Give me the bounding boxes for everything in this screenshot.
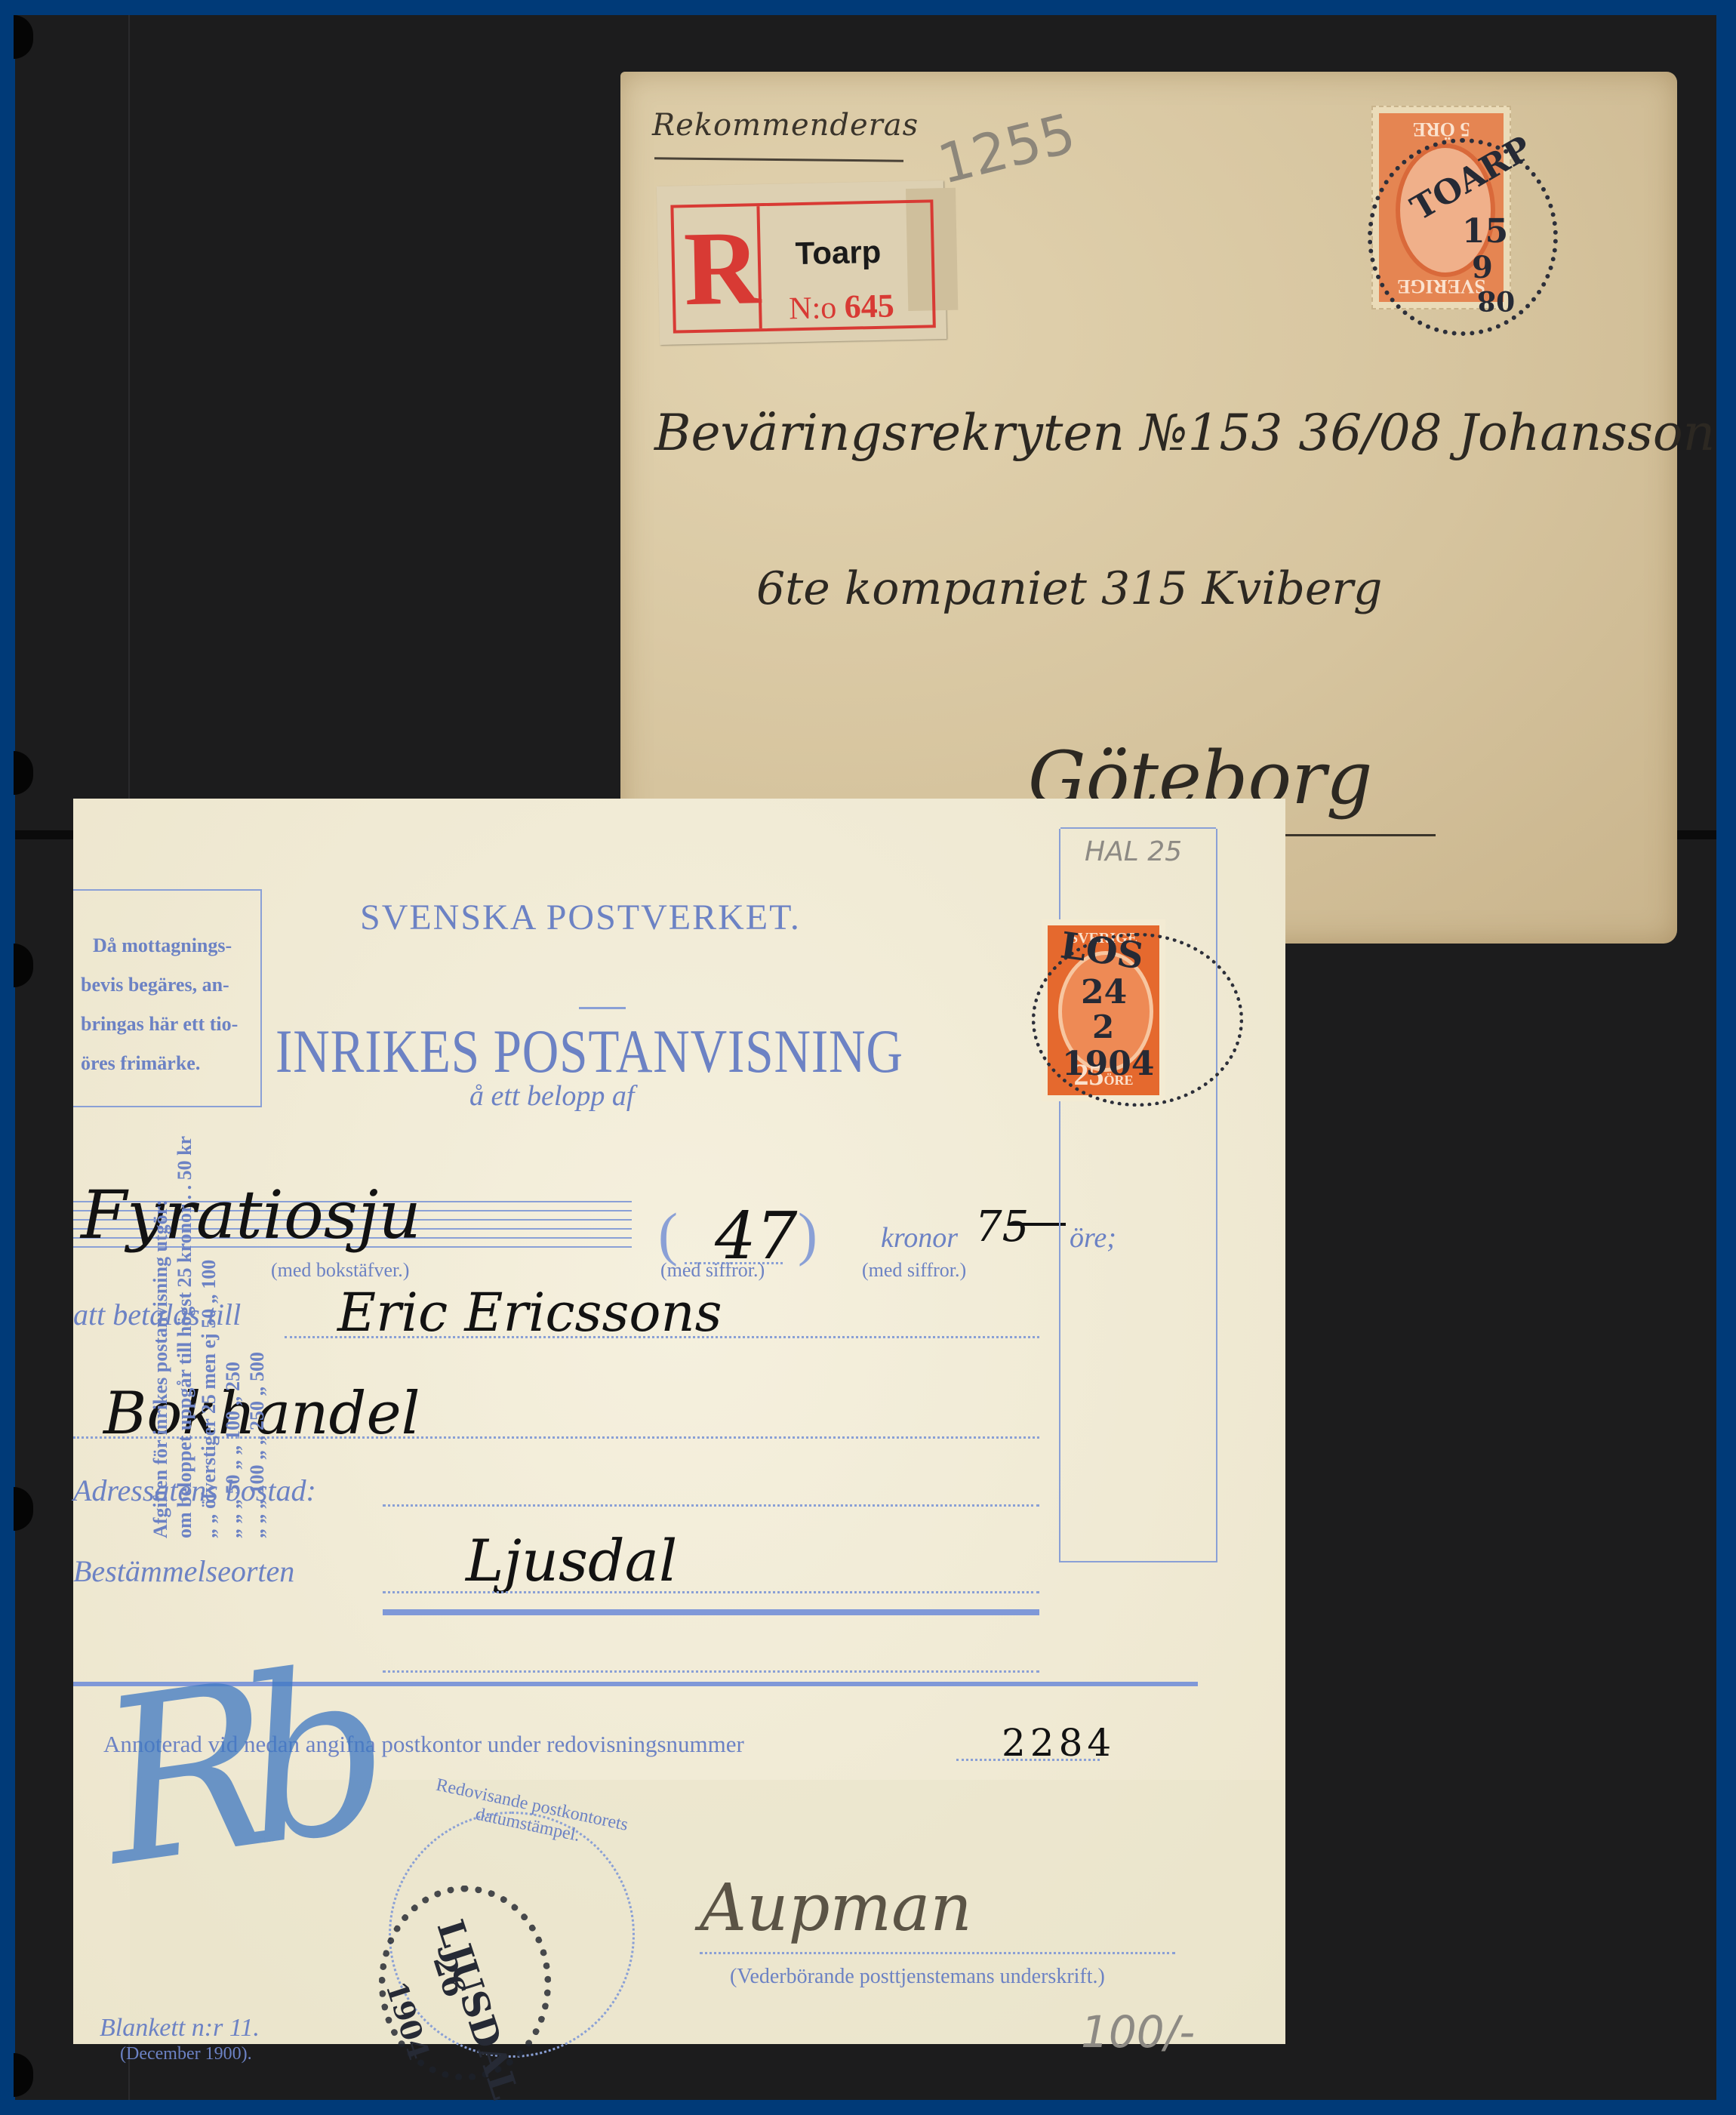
form-date: (December 1900). — [120, 2044, 252, 2064]
form-number: Blankett n:r 11. — [100, 2014, 260, 2043]
address-line-2: 6te kompaniet 315 Kviberg — [756, 562, 1382, 615]
form-title: INRIKES POSTANVISNING — [275, 1016, 903, 1087]
punch-hole — [14, 1487, 33, 1531]
punch-hole — [14, 751, 33, 795]
punch-hole — [14, 15, 33, 59]
blue-crayon-mark: Rb — [86, 1620, 375, 1916]
registration-number: N:o 645 — [789, 286, 895, 327]
address-line-1: Beväringsrekryten №153 36/08 Johansson — [654, 404, 1715, 462]
registration-office: Toarp — [795, 234, 882, 272]
punch-hole — [14, 944, 33, 987]
fee-table: Afgiften för inrikes postanvisning utgör… — [149, 814, 269, 1538]
publisher-heading: SVENSKA POSTVERKET. — [360, 897, 801, 938]
accounting-number: 2284 — [1002, 1721, 1116, 1765]
clerk-signature: Aupman — [700, 1870, 972, 1946]
amount-intro: å ett belopp af — [469, 1079, 634, 1113]
signature-hint: (Vederbörande posttjenstemans underskrif… — [730, 1965, 1105, 1989]
amount-words-hint: (med bokstäfver.) — [271, 1259, 409, 1282]
price-note: 100/- — [1081, 2006, 1195, 2058]
registration-note: Rekommenderas — [652, 108, 919, 143]
punch-hole — [14, 2053, 33, 2097]
registration-label-frame: R Toarp N:o 645 — [670, 199, 935, 333]
destination-value[interactable]: Ljusdal — [466, 1527, 677, 1594]
pencil-number: 1255 — [932, 101, 1082, 196]
underline — [654, 157, 903, 162]
kronor-hint: (med siffror.) — [660, 1259, 765, 1282]
registration-r-letter: R — [683, 215, 762, 322]
kronor-label: kronor — [881, 1221, 958, 1255]
amount-ore[interactable]: 75 — [975, 1202, 1029, 1251]
stamp-denomination: 5 ÖRE — [1379, 118, 1504, 140]
payee-line-1[interactable]: Eric Ericssons — [337, 1282, 722, 1344]
destination-label: Bestämmelseorten — [73, 1553, 294, 1589]
divider — [579, 1007, 626, 1009]
registration-label: R Toarp N:o 645 — [657, 180, 946, 345]
money-order-form[interactable]: Då mottagnings- bevis begäres, an- bring… — [73, 799, 1285, 2044]
ore-hint: (med siffror.) — [862, 1259, 966, 1282]
